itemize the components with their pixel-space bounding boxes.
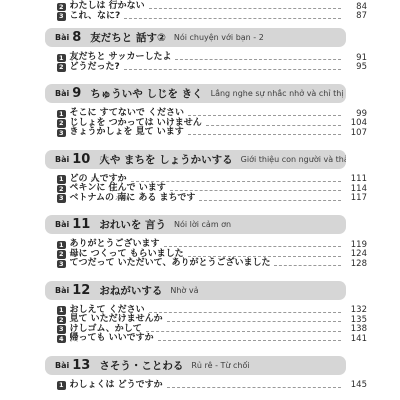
toc-item-row: 3 ベトナムの 南みなみに ある まちです 117 <box>45 194 367 204</box>
dotted-leader <box>199 200 341 201</box>
lesson-title-vietnamese: Nhờ vả <box>170 286 198 295</box>
furigana: みなみ <box>115 198 128 202</box>
furigana: ひと <box>100 157 110 162</box>
lesson-header-band: Bài 11 おれいを 言いう Nói lời cảm ơn <box>45 215 346 234</box>
lesson-word: Bài <box>55 220 69 229</box>
toc-section: Bài 10 人ひとや まちを しょうかいする Giới thiệu con n… <box>45 150 367 204</box>
dotted-leader <box>170 190 341 191</box>
lesson-items: 1 わしょくは どうですか 145 <box>45 381 367 391</box>
item-page-number: 107 <box>345 128 367 138</box>
lesson-word: Bài <box>55 286 69 295</box>
item-title-japanese: これ、なに? <box>70 12 121 21</box>
ruby-kanji: 友とも <box>70 53 79 62</box>
item-page-number: 124 <box>345 249 367 259</box>
item-number-badge: 2 <box>57 3 66 12</box>
furigana: い <box>148 222 153 227</box>
item-number-badge: 3 <box>57 325 66 334</box>
lesson-number: 12 <box>72 284 90 297</box>
item-title-japanese: ペキンに 住すんで います <box>70 184 166 193</box>
dotted-leader <box>124 69 341 70</box>
item-number-badge: 3 <box>57 194 66 203</box>
lesson-items: 1 ありがとうございます 119 2 母ははに つくって もらいました 124 … <box>45 240 367 269</box>
toc-section: Bài 13 さそう・ことわる Rủ rê - Từ chối 1 わしょくは … <box>45 356 367 391</box>
item-page-number: 141 <box>345 334 367 344</box>
lesson-title-vietnamese: Rủ rê - Từ chối <box>191 361 249 370</box>
ruby-kanji: 見み <box>136 128 145 137</box>
toc-item-row: 3 てつだって いただいて、ありがとうございました 128 <box>45 259 367 269</box>
item-title-japanese: わしょくは どうですか <box>70 381 163 390</box>
furigana: み <box>138 133 142 137</box>
item-title-japanese: そこに すてないで ください <box>70 109 185 118</box>
toc-item-row: 4 帰かえっても いいですか 141 <box>45 334 367 344</box>
toc-section: Bài 9 ちゅういや しじを きく Lắng nghe sự nhắc nhở… <box>45 84 367 138</box>
item-page-number: 99 <box>345 109 367 119</box>
lesson-title-japanese: おねがいする <box>99 283 162 298</box>
item-number-badge: 2 <box>57 63 66 72</box>
item-page-number: 119 <box>345 240 367 250</box>
dotted-leader <box>131 181 341 182</box>
dotted-leader <box>167 321 341 322</box>
lesson-word: Bài <box>55 361 69 370</box>
lesson-number: 10 <box>72 153 90 166</box>
dotted-leader <box>188 256 341 257</box>
item-number-badge: 3 <box>57 260 66 269</box>
lesson-items: 1 そこに すてないで ください 99 2 じしょを つかっては いけません 1… <box>45 109 367 138</box>
lesson-title-japanese: 友ともだちと 話はなす② <box>90 30 166 45</box>
toc-item-row: 3 きょうかしょを 見みて います 107 <box>45 128 367 138</box>
lesson-items: 1 友ともだちと サッカーしたよ 91 2 どうだった? 95 <box>45 53 367 72</box>
item-title-japanese: 見みて いただけませんか <box>70 315 163 324</box>
item-title-japanese: どうだった? <box>70 63 120 72</box>
item-number-badge: 2 <box>57 250 66 259</box>
toc-sections: Bài 8 友ともだちと 話はなす② Nói chuyện với bạn - … <box>45 28 367 390</box>
dotted-leader <box>124 18 341 19</box>
furigana: はな <box>136 35 146 40</box>
dotted-leader <box>188 115 341 116</box>
item-page-number: 132 <box>345 305 367 315</box>
lesson-word: Bài <box>55 89 69 98</box>
furigana: とも <box>91 35 101 40</box>
ruby-kanji: 見み <box>70 315 79 324</box>
lesson-title-japanese: ちゅういや しじを きく <box>90 86 202 101</box>
lesson-header-band: Bài 12 おねがいする Nhờ vả <box>45 281 346 300</box>
lesson-number: 13 <box>72 359 90 372</box>
item-page-number: 84 <box>345 2 367 12</box>
toc-item-row: 1 わしょくは どうですか 145 <box>45 381 367 391</box>
item-page-number: 111 <box>345 174 367 184</box>
item-number-badge: 4 <box>57 335 66 344</box>
item-number-badge: 1 <box>57 54 66 63</box>
lesson-header-band: Bài 10 人ひとや まちを しょうかいする Giới thiệu con n… <box>45 150 346 169</box>
lesson-title-japanese: さそう・ことわる <box>99 358 183 373</box>
item-title-japanese: きょうかしょを 見みて います <box>70 128 184 137</box>
item-page-number: 95 <box>345 62 367 72</box>
toc-tail-items: 2 わたしは 行いかない 84 3 これ、なに? 87 <box>45 2 367 21</box>
item-page-number: 91 <box>345 53 367 63</box>
toc-page: 2 わたしは 行いかない 84 3 これ、なに? 87 Bài 8 友ともだちと… <box>0 0 400 400</box>
item-number-badge: 2 <box>57 119 66 128</box>
item-title-japanese: ベトナムの 南みなみに ある まちです <box>70 194 196 203</box>
item-page-number: 145 <box>345 380 367 390</box>
dotted-leader <box>149 312 341 313</box>
toc-section: Bài 12 おねがいする Nhờ vả 1 おしえて ください 132 2 見… <box>45 281 367 344</box>
item-number-badge: 1 <box>57 110 66 119</box>
ruby-kanji: 住す <box>109 184 118 193</box>
item-title-japanese: 友ともだちと サッカーしたよ <box>70 53 172 62</box>
ruby-kanji: 言い <box>145 217 156 232</box>
ruby-kanji: 人ひと <box>99 152 110 167</box>
ruby-kanji: 南みなみ <box>117 194 126 203</box>
lesson-title-vietnamese: Nói chuyện với bạn - 2 <box>174 33 264 42</box>
lesson-header-band: Bài 9 ちゅういや しじを きく Lắng nghe sự nhắc nhở… <box>45 84 346 103</box>
dotted-leader <box>164 246 341 247</box>
item-page-number: 117 <box>345 193 367 203</box>
lesson-items: 1 どの 人ひとですか 111 2 ペキンに 住すんで います 114 3 ベト… <box>45 175 367 204</box>
ruby-kanji: 行い <box>109 2 118 11</box>
item-number-badge: 1 <box>57 306 66 315</box>
item-number-badge: 3 <box>57 12 66 21</box>
dotted-leader <box>274 265 341 266</box>
dotted-leader <box>149 8 341 9</box>
item-title-japanese: わたしは 行いかない <box>70 2 145 11</box>
lesson-title-vietnamese: Giới thiệu con người và thành phố <box>241 155 346 164</box>
item-title-japanese: ありがとうございます <box>70 240 160 249</box>
dotted-leader <box>206 125 341 126</box>
item-number-badge: 1 <box>57 381 66 390</box>
item-page-number: 87 <box>345 11 367 21</box>
item-page-number: 135 <box>345 315 367 325</box>
lesson-items: 1 おしえて ください 132 2 見みて いただけませんか 135 3 けしゴ… <box>45 306 367 344</box>
item-number-badge: 1 <box>57 241 66 250</box>
dotted-leader <box>175 59 341 60</box>
lesson-title-japanese: おれいを 言いう <box>99 217 166 232</box>
lesson-word: Bài <box>55 33 69 42</box>
toc-item-row: 2 どうだった? 95 <box>45 63 367 73</box>
item-number-badge: 2 <box>57 185 66 194</box>
ruby-kanji: 帰かえ <box>70 334 79 343</box>
item-number-badge: 2 <box>57 316 66 325</box>
item-title-japanese: てつだって いただいて、ありがとうございました <box>70 259 271 268</box>
lesson-number: 11 <box>72 218 90 231</box>
item-page-number: 114 <box>345 184 367 194</box>
dotted-leader <box>158 340 341 341</box>
lesson-title-vietnamese: Nói lời cảm ơn <box>174 220 231 229</box>
lesson-number: 8 <box>72 31 81 44</box>
item-number-badge: 1 <box>57 175 66 184</box>
item-page-number: 128 <box>345 259 367 269</box>
lesson-number: 9 <box>72 87 81 100</box>
lesson-title-vietnamese: Lắng nghe sự nhắc nhở và chỉ thị <box>211 89 344 98</box>
lesson-header-band: Bài 8 友ともだちと 話はなす② Nói chuyện với bạn - … <box>45 28 346 47</box>
item-number-badge: 3 <box>57 129 66 138</box>
dotted-leader <box>167 387 341 388</box>
item-page-number: 138 <box>345 324 367 334</box>
dotted-leader <box>188 134 341 135</box>
lesson-header-band: Bài 13 さそう・ことわる Rủ rê - Từ chối <box>45 356 346 375</box>
ruby-kanji: 話はな <box>136 30 147 45</box>
item-page-number: 104 <box>345 118 367 128</box>
toc-section: Bài 11 おれいを 言いう Nói lời cảm ơn 1 ありがとうござ… <box>45 215 367 269</box>
ruby-kanji: 友とも <box>90 30 101 45</box>
furigana: かえ <box>70 339 79 343</box>
dotted-leader <box>146 331 341 332</box>
toc-item-row: 3 これ、なに? 87 <box>45 12 367 22</box>
lesson-title-japanese: 人ひとや まちを しょうかいする <box>99 152 232 167</box>
lesson-word: Bài <box>55 155 69 164</box>
item-title-japanese: 帰かえっても いいですか <box>70 334 154 343</box>
toc-section: Bài 8 友ともだちと 話はなす② Nói chuyện với bạn - … <box>45 28 367 72</box>
